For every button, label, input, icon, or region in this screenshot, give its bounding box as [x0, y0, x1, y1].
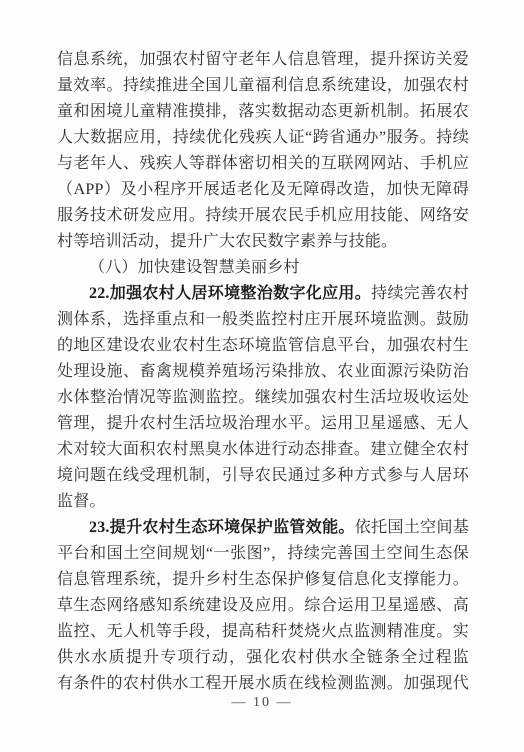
document-page: 信息系统，加强农村留守老年人信息管理，提升探访关爱服务质 量效率。持续推进全国儿… — [0, 0, 524, 752]
body-text-line: 处理设施、畜禽规模养殖场污染排放、农业面源污染防治和黑臭 — [57, 359, 469, 385]
section-heading: （八）加快建设智慧美丽乡村 — [57, 255, 469, 281]
body-text-line: 信息系统，加强农村留守老年人信息管理，提升探访关爱服务质 — [57, 47, 469, 73]
item-22-heading: 22.加强农村人居环境整治数字化应用。 — [89, 285, 371, 302]
body-text-line: 与老年人、残疾人等群体密切相关的互联网网站、手机应用程序 — [57, 151, 469, 177]
body-text-line: 童和困境儿童精准摸排，落实数据动态更新机制。拓展农村残疾 — [57, 99, 469, 125]
body-text-line: 水体整治情况等监测监控。继续加强农村生活垃圾收运处置信息 — [57, 385, 469, 411]
body-text-line: 信息管理系统，提升乡村生态保护修复信息化支撑能力。深化林 — [57, 567, 469, 593]
body-text-line: 测体系，选择重点和一般类监控村庄开展环境监测。鼓励有条件 — [57, 307, 469, 333]
body-text-line: 平台和国土空间规划“一张图”，持续完善国土空间生态保护修复 — [57, 541, 469, 567]
body-text-line: 术对较大面积农村黑臭水体进行动态排查。建立健全农村人居环 — [57, 437, 469, 463]
body-text-line: 监督。 — [57, 489, 469, 515]
body-text-line: 供水水质提升专项行动，强化农村供水全链条全过程监管，鼓励 — [57, 645, 469, 671]
document-body: 信息系统，加强农村留守老年人信息管理，提升探访关爱服务质 量效率。持续推进全国儿… — [57, 47, 469, 697]
body-text-line: 的地区建设农业农村生态环境监管信息平台，加强农村生活污水 — [57, 333, 469, 359]
body-text-line: （APP）及小程序开展适老化及无障碍改造，加快无障碍产品和 — [57, 177, 469, 203]
body-text-line: 人大数据应用，持续优化残疾人证“跨省通办”服务。持续推进 — [57, 125, 469, 151]
body-text-line: 服务技术研发应用。持续开展农民手机应用技能、网络安全进农 — [57, 203, 469, 229]
body-text-line: 量效率。持续推进全国儿童福利信息系统建设，加强农村留守儿 — [57, 73, 469, 99]
body-text-line: 管理，提升农村生活垃圾治理水平。运用卫星遥感、无人机等技 — [57, 411, 469, 437]
body-text-line: 草生态网络感知系统建设及应用。综合运用卫星遥感、高清视频 — [57, 593, 469, 619]
body-text-line: 村等培训活动，提升广大农民数字素养与技能。 — [57, 229, 469, 255]
numbered-item-heading-line: 22.加强农村人居环境整治数字化应用。持续完善农村环境监 — [57, 281, 469, 307]
page-number: — 10 — — [0, 692, 524, 714]
numbered-item-heading-line: 23.提升农村生态环境保护监管效能。依托国土空间基础信息 — [57, 515, 469, 541]
body-text-line: 监控、无人机等手段，提高秸秆焚烧火点监测精准度。实施农村 — [57, 619, 469, 645]
body-text-line: 境问题在线受理机制，引导农民通过多种方式参与人居环境网络 — [57, 463, 469, 489]
item-23-heading: 23.提升农村生态环境保护监管效能。 — [89, 519, 355, 536]
